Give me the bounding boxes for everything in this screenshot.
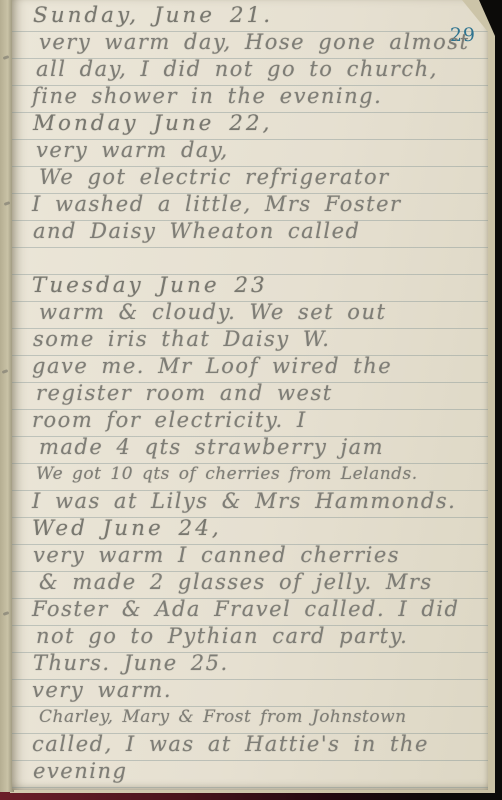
entry-date: Monday June 22, [32,110,480,137]
entry-text-line: very warm day, Hose gone almost [32,29,480,56]
entry-text-line: made 4 qts strawberry jam [32,434,480,461]
entry-text-line: gave me. Mr Loof wired the [32,353,480,380]
blank-line [32,245,480,272]
left-page-edge [0,0,14,792]
entry-text-line: fine shower in the evening. [32,83,480,110]
margin-pencil-mark [3,611,10,616]
margin-pencil-mark [3,55,10,60]
entry-text-line: not go to Pythian card party. [32,623,480,650]
entry-text-line: & made 2 glasses of jelly. Mrs [32,569,480,596]
margin-pencil-mark [4,201,11,206]
entry-text-line: register room and west [32,380,480,407]
entry-text-line: very warm. [32,677,480,704]
margin-pencil-mark [2,369,9,374]
entry-text-line: evening [32,758,480,785]
diary-entries: Sunday, June 21.very warm day, Hose gone… [32,2,480,785]
entry-text-line: warm & cloudy. We set out [32,299,480,326]
entry-text-line: We got electric refrigerator [32,164,480,191]
entry-text-line: room for electricity. I [32,407,480,434]
entry-text-line: Charley, Mary & Frost from Johnstown [32,704,480,731]
entry-date: Wed June 24, [32,515,480,542]
entry-text-line: We got 10 qts of cherries from Lelands. [32,461,480,488]
entry-text-line: Thurs. June 25. [32,650,480,677]
entry-text-line: called, I was at Hattie's in the [32,731,480,758]
entry-text-line: I washed a little, Mrs Foster [32,191,480,218]
entry-date: Sunday, June 21. [32,2,480,29]
entry-text-line: and Daisy Wheaton called [32,218,480,245]
entry-text-line: I was at Lilys & Mrs Hammonds. [32,488,480,515]
entry-text-line: very warm day, [32,137,480,164]
entry-text-line: very warm I canned cherries [32,542,480,569]
entry-date: Tuesday June 23 [32,272,480,299]
diary-page: 29 Sunday, June 21.very warm day, Hose g… [12,0,488,790]
entry-text-line: some iris that Daisy W. [32,326,480,353]
entry-text-line: Foster & Ada Fravel called. I did [32,596,480,623]
photo-background: 29 Sunday, June 21.very warm day, Hose g… [0,0,502,800]
entry-text-line: all day, I did not go to church, [32,56,480,83]
